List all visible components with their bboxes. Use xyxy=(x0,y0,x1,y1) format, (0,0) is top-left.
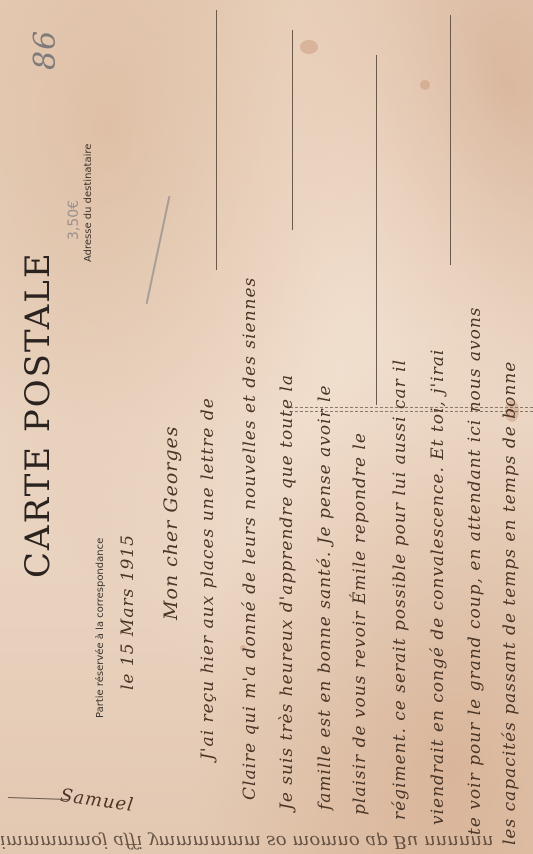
letter-line: te voir pour le grand coup, en attendant… xyxy=(465,306,485,835)
date-line: le 15 Mars 1915 xyxy=(118,534,138,690)
stain xyxy=(300,40,318,54)
letter-line: famille est en bonne santé. Je pense avo… xyxy=(315,384,335,810)
letter-line: viendrait en congé de convalescence. Et … xyxy=(428,349,448,825)
correspondence-label: Partie réservée à la correspondance xyxy=(95,538,106,718)
postcard-back: 86 3,50€ CARTE POSTALE Adresse du destin… xyxy=(0,0,533,854)
address-label: Adresse du destinataire xyxy=(83,144,94,262)
letter-line: les capacités passant de temps en temps … xyxy=(500,361,520,845)
letter-line: plaisir de vous revoir Émile repondre le xyxy=(350,432,370,815)
bleed-through-text: immmmmoj affi ymmmmmm so momno ap Bu nnn… xyxy=(0,831,533,852)
underline-rule xyxy=(450,15,451,265)
letter-line: J'ai reçu hier aux places une lettre de xyxy=(198,397,218,760)
underline-rule xyxy=(376,55,377,405)
pencil-price-note: 3,50€ xyxy=(66,200,82,240)
letter-line: Claire qui m'a donné de leurs nouvelles … xyxy=(240,277,260,800)
card-title: CARTE POSTALE xyxy=(18,251,58,578)
underline-rule xyxy=(292,30,293,230)
pencil-stroke xyxy=(146,196,171,304)
underline-rule xyxy=(216,10,217,270)
pencil-mark: 86 xyxy=(28,30,63,70)
salutation: Mon cher Georges xyxy=(160,425,182,620)
letter-line: Je suis très heureux d'apprendre que tou… xyxy=(277,374,297,810)
letter-line: régiment. ce serait possible pour lui au… xyxy=(390,359,410,820)
signature: Samuel xyxy=(59,785,135,816)
stain xyxy=(420,80,430,90)
